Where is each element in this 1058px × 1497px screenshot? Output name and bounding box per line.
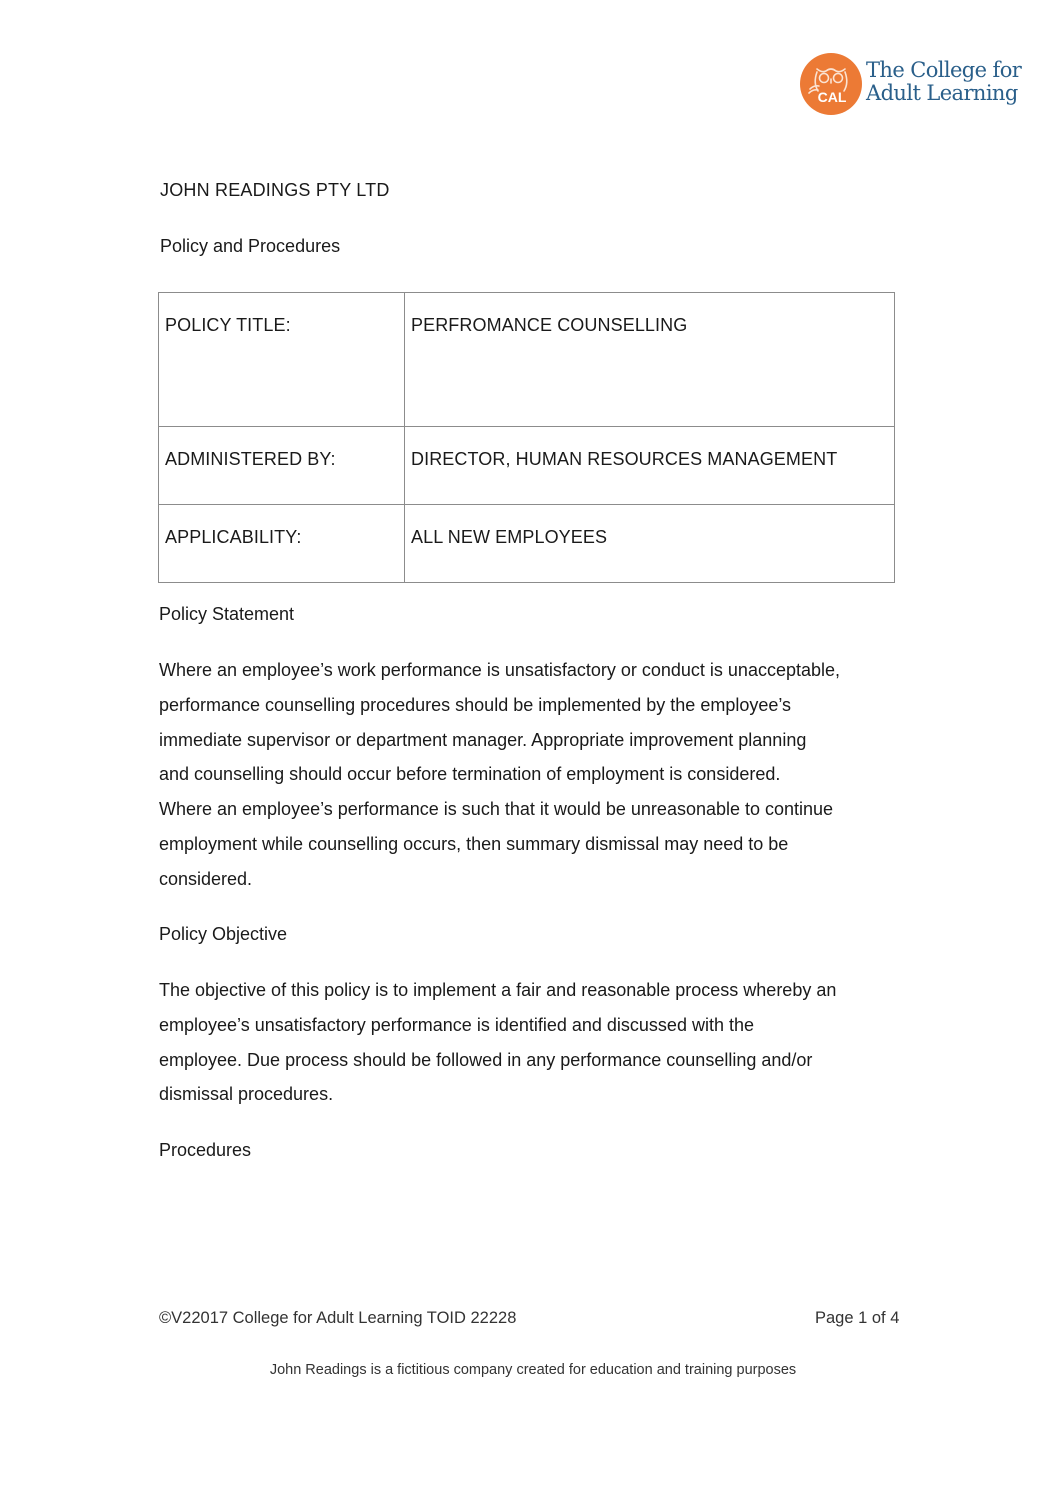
footer-disclaimer: John Readings is a fictitious company cr…	[0, 1362, 1058, 1378]
applicability-value: ALL NEW EMPLOYEES	[405, 505, 895, 583]
policy-statement-text: Where an employee’s work performance is …	[159, 653, 919, 897]
cal-badge: CAL	[800, 53, 862, 115]
policy-objective-heading: Policy Objective	[159, 924, 287, 945]
company-name: JOHN READINGS PTY LTD	[160, 180, 390, 201]
applicability-label: APPLICABILITY:	[159, 505, 405, 583]
college-logo: CAL The College for Adult Learning	[800, 53, 1020, 117]
page-number: Page 1 of 4	[815, 1309, 899, 1328]
administered-by-label: ADMINISTERED BY:	[159, 427, 405, 505]
svg-text:CAL: CAL	[818, 89, 847, 105]
policy-title-label: POLICY TITLE:	[159, 293, 405, 427]
administered-by-value: DIRECTOR, HUMAN RESOURCES MANAGEMENT	[405, 427, 895, 505]
policy-statement-heading: Policy Statement	[159, 604, 294, 625]
procedures-heading: Procedures	[159, 1140, 251, 1161]
table-row: ADMINISTERED BY: DIRECTOR, HUMAN RESOURC…	[159, 427, 895, 505]
owl-icon: CAL	[800, 53, 862, 115]
document-subtitle: Policy and Procedures	[160, 236, 340, 257]
footer-copyright: ©V22017 College for Adult Learning TOID …	[159, 1309, 516, 1328]
table-row: POLICY TITLE: PERFROMANCE COUNSELLING	[159, 293, 895, 427]
policy-objective-text: The objective of this policy is to imple…	[159, 973, 919, 1112]
college-name: The College for Adult Learning	[866, 59, 1021, 105]
policy-title-value: PERFROMANCE COUNSELLING	[405, 293, 895, 427]
policy-info-table: POLICY TITLE: PERFROMANCE COUNSELLING AD…	[158, 292, 895, 583]
table-row: APPLICABILITY: ALL NEW EMPLOYEES	[159, 505, 895, 583]
